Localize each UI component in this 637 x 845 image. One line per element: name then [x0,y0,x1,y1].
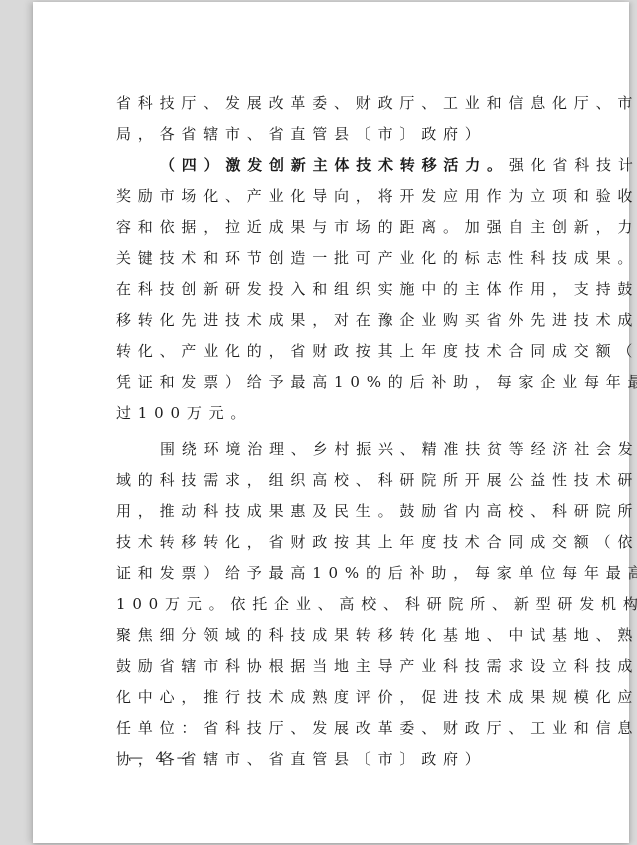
document-page: 省科技厅、发展改革委、财政厅、工业和信息化厅、市场监管 局，各省辖市、省直管县〔… [33,2,629,843]
text-line: 移转化先进技术成果，对在豫企业购买省外先进技术成果并在豫 [116,305,562,336]
text-line: 聚焦细分领域的科技成果转移转化基地、中试基地、熟化基地， [116,620,562,651]
text-line: 用，推动科技成果惠及民生。鼓励省内高校、科研院所在豫实施 [116,496,562,527]
text-line: 关键技术和环节创造一批可产业化的标志性科技成果。发挥企业 [116,243,562,274]
text-line: 在科技创新研发投入和组织实施中的主体作用，支持鼓励企业转 [116,274,562,305]
page-content: 省科技厅、发展改革委、财政厅、工业和信息化厅、市场监管 局，各省辖市、省直管县〔… [116,88,562,775]
text-line: 省科技厅、发展改革委、财政厅、工业和信息化厅、市场监管 [116,88,562,119]
paragraph-responsibility: 省科技厅、发展改革委、财政厅、工业和信息化厅、市场监管 局，各省辖市、省直管县〔… [116,88,562,150]
section-heading: （四）激发创新主体技术转移活力。 [160,156,509,174]
text-line: 100万元。依托企业、高校、科研院所、新型研发机构建设一批 [116,589,562,620]
paragraph-public-welfare: 围绕环境治理、乡村振兴、精准扶贫等经济社会发展重点领 域的科技需求，组织高校、科… [116,434,562,775]
text-line: 奖励市场化、产业化导向，将开发应用作为立项和验收的重要内 [116,181,562,212]
text-line: 围绕环境治理、乡村振兴、精准扶贫等经济社会发展重点领 [116,434,562,465]
text-line: 域的科技需求，组织高校、科研院所开展公益性技术研发和应 [116,465,562,496]
paragraph-section-4: （四）激发创新主体技术转移活力。强化省科技计划、科技 奖励市场化、产业化导向，将… [116,150,562,429]
page-number: — 4 — [129,750,195,766]
text-line: 技术转移转化，省财政按其上年度技术合同成交额（依据转账凭 [116,527,562,558]
text-line: 任单位：省科技厅、发展改革委、财政厅、工业和信息化厅、科 [116,713,562,744]
text-line: 过100万元。 [116,398,562,429]
text-line: 证和发票）给予最高10%的后补助，每家单位每年最高不超过 [116,558,562,589]
text-line: 凭证和发票）给予最高10%的后补助，每家企业每年最高不超 [116,367,562,398]
text-line: 化中心，推行技术成熟度评价，促进技术成果规模化应用。（责 [116,682,562,713]
text-span: 强化省科技计划、科技 [509,156,637,174]
text-line: （四）激发创新主体技术转移活力。强化省科技计划、科技 [116,150,562,181]
text-line: 容和依据，拉近成果与市场的距离。加强自主创新，力争在产业 [116,212,562,243]
text-line: 鼓励省辖市科协根据当地主导产业科技需求设立科技成果转移转 [116,651,562,682]
text-line: 局，各省辖市、省直管县〔市〕政府） [116,119,562,150]
text-line: 转化、产业化的，省财政按其上年度技术合同成交额（依据转账 [116,336,562,367]
